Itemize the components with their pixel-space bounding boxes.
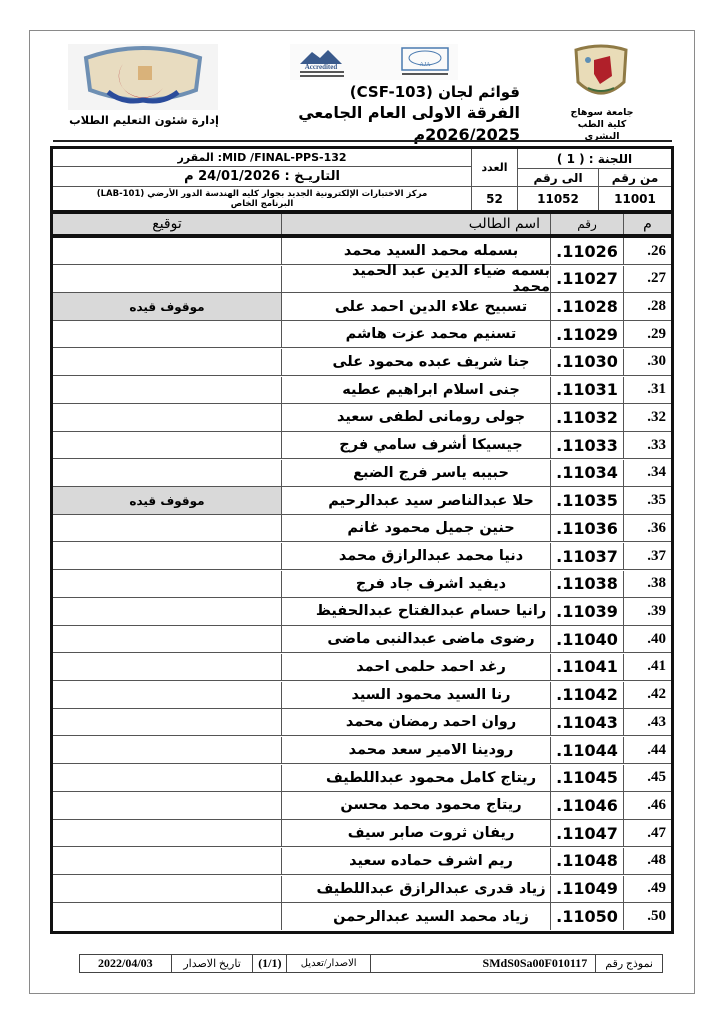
location-line-1: مركز الاختبارات الإلكترونية الجديد بجوار… (97, 189, 428, 199)
svg-text:AJA: AJA (419, 62, 431, 68)
header-id: رقم (550, 214, 623, 234)
table-row: .45.11045ريتاج كامل محمود عبداللطيف (53, 765, 671, 792)
signature-field[interactable] (53, 266, 281, 292)
student-id: .11046 (550, 792, 623, 818)
table-row: .37.11037دنيا محمد عبدالرازق محمد (53, 543, 671, 570)
serial-number: .45 (623, 765, 671, 791)
serial-number: .42 (623, 682, 671, 708)
exam-date: التاريـخ : 24/01/2026 م (53, 167, 471, 187)
table-row: .49.11049زياد قدرى عبدالرازق عبداللطيف (53, 876, 671, 903)
serial-number: .46 (623, 792, 671, 818)
version-label: الاصدار/تعديل (287, 955, 371, 972)
student-name: ديفيد اشرف جاد فرج (281, 571, 550, 597)
student-id: .11030 (550, 349, 623, 375)
signature-field[interactable] (53, 321, 281, 347)
exam-location: مركز الاختبارات الإلكترونية الجديد بجوار… (53, 187, 471, 210)
issue-date-label: تاريخ الاصدار (172, 955, 254, 972)
form-number-label: نموذج رقم (596, 955, 662, 972)
table-row: .38.11038ديفيد اشرف جاد فرج (53, 571, 671, 598)
serial-number: .27 (623, 266, 671, 292)
signature-field[interactable] (53, 598, 281, 624)
serial-number: .41 (623, 654, 671, 680)
location-line-2: البرنامج الخاص (231, 199, 293, 209)
table-row: .35.11035حلا عبدالناصر سيد عبدالرحيمموقو… (53, 487, 671, 514)
serial-number: .40 (623, 626, 671, 652)
table-row: .36.11036حنين جميل محمود غانم (53, 515, 671, 542)
student-name: حلا عبدالناصر سيد عبدالرحيم (281, 487, 550, 513)
student-name: رضوى ماضى عبدالنبى ماضى (281, 626, 550, 652)
table-row: .46.11046ريتاج محمود محمد محسن (53, 792, 671, 819)
students-table: م رقم اسم الطالب توقيع .26.11026بسمله مح… (50, 210, 674, 934)
header-divider (53, 140, 672, 142)
table-row: .42.11042رنا السيد محمود السيد (53, 682, 671, 709)
student-name: رنا السيد محمود السيد (281, 682, 550, 708)
course-code: MID /FINAL-PPS-132: المقرر (53, 149, 471, 167)
student-id: .11041 (550, 654, 623, 680)
table-row: .28.11028تسبيح علاء الدين احمد علىموقوف … (53, 293, 671, 320)
signature-field[interactable] (53, 460, 281, 486)
header-serial: م (623, 214, 671, 234)
signature-field[interactable] (53, 654, 281, 680)
student-name: رانيا حسام عبدالفتاح عبدالحفيظ (281, 598, 550, 624)
from-value: 11001 (598, 187, 671, 210)
student-name: رودينا الامير سعد محمد (281, 737, 550, 763)
signature-field[interactable] (53, 543, 281, 569)
form-number-value: SMdS0Sa00F010117 (371, 955, 596, 972)
signature-field[interactable] (53, 515, 281, 541)
serial-number: .26 (623, 238, 671, 264)
student-id: .11040 (550, 626, 623, 652)
count-label: العدد (471, 149, 518, 187)
signature-field[interactable] (53, 765, 281, 791)
issue-date-value: 2022/04/03 (80, 955, 172, 972)
student-name: رغد احمد حلمى احمد (281, 654, 550, 680)
serial-number: .39 (623, 598, 671, 624)
student-id: .11034 (550, 460, 623, 486)
serial-number: .48 (623, 848, 671, 874)
serial-number: .37 (623, 543, 671, 569)
table-row: .41.11041رغد احمد حلمى احمد (53, 654, 671, 681)
to-label: الى رقم (518, 169, 598, 187)
signature-field[interactable] (53, 571, 281, 597)
committee-label: اللجنة : ( 1 ) (518, 149, 671, 169)
serial-number: .38 (623, 571, 671, 597)
table-row: .27.11027بسمه ضياء الدين عبد الحميد محمد (53, 266, 671, 293)
student-id: .11029 (550, 321, 623, 347)
student-id: .11038 (550, 571, 623, 597)
student-name: بسمله محمد السيد محمد (281, 238, 550, 264)
student-name: زياد محمد السيد عبدالرحمن (281, 903, 550, 930)
table-row: .50.11050زياد محمد السيد عبدالرحمن (53, 903, 671, 930)
table-row: .44.11044رودينا الامير سعد محمد (53, 737, 671, 764)
signature-field[interactable] (53, 432, 281, 458)
student-id: .11031 (550, 377, 623, 403)
student-name: بسمه ضياء الدين عبد الحميد محمد (281, 266, 550, 292)
student-affairs-logo-icon (68, 44, 218, 110)
status-badge: موقوف قيده (53, 293, 281, 319)
table-row: .47.11047ريفان ثروت صابر سيف (53, 820, 671, 847)
serial-number: .31 (623, 377, 671, 403)
signature-field[interactable] (53, 238, 281, 264)
student-id: .11048 (550, 848, 623, 874)
student-name: روان احمد رمضان محمد (281, 709, 550, 735)
student-id: .11032 (550, 404, 623, 430)
student-name: ريفان ثروت صابر سيف (281, 820, 550, 846)
student-id: .11044 (550, 737, 623, 763)
title-block: قوائم لجان (CSF-103) الفرقة الاولى العام… (240, 82, 520, 146)
table-row: .31.11031جنى اسلام ابراهيم عطيه (53, 377, 671, 404)
signature-field[interactable] (53, 737, 281, 763)
student-name: جولى رومانى لطفى سعيد (281, 404, 550, 430)
table-row: .30.11030جنا شريف عبده محمود على (53, 349, 671, 376)
student-name: ريتاج محمود محمد محسن (281, 792, 550, 818)
version-value: (1/1) (253, 955, 287, 972)
student-name: دنيا محمد عبدالرازق محمد (281, 543, 550, 569)
table-row: .40.11040رضوى ماضى عبدالنبى ماضى (53, 626, 671, 653)
signature-field[interactable] (53, 792, 281, 818)
table-row: .48.11048ريم اشرف حماده سعيد (53, 848, 671, 875)
student-id: .11027 (550, 266, 623, 292)
student-id: .11028 (550, 293, 623, 319)
certification-logos-icon: Accredited AJA (290, 44, 458, 80)
student-id: .11039 (550, 598, 623, 624)
student-name: جيسيكا أشرف سامي فرج (281, 432, 550, 458)
table-row: .39.11039رانيا حسام عبدالفتاح عبدالحفيظ (53, 598, 671, 625)
student-id: .11035 (550, 487, 623, 513)
to-value: 11052 (518, 187, 598, 210)
student-id: .11050 (550, 903, 623, 930)
page-title: قوائم لجان (CSF-103) (240, 82, 520, 102)
table-header-row: م رقم اسم الطالب توقيع (53, 214, 671, 238)
student-id: .11033 (550, 432, 623, 458)
signature-field[interactable] (53, 709, 281, 735)
student-name: جنا شريف عبده محمود على (281, 349, 550, 375)
committee-info-table: اللجنة : ( 1 ) من رقم الى رقم 11001 1105… (50, 146, 674, 210)
from-label: من رقم (598, 169, 671, 187)
student-name: جنى اسلام ابراهيم عطيه (281, 377, 550, 403)
signature-field[interactable] (53, 820, 281, 846)
serial-number: .35 (623, 487, 671, 513)
serial-number: .33 (623, 432, 671, 458)
serial-number: .49 (623, 876, 671, 902)
signature-field[interactable] (53, 876, 281, 902)
student-name: تسبيح علاء الدين احمد على (281, 293, 550, 319)
student-id: .11036 (550, 515, 623, 541)
serial-number: .28 (623, 293, 671, 319)
serial-number: .36 (623, 515, 671, 541)
signature-field[interactable] (53, 848, 281, 874)
serial-number: .32 (623, 404, 671, 430)
student-id: .11047 (550, 820, 623, 846)
student-id: .11037 (550, 543, 623, 569)
student-name: حنين جميل محمود غانم (281, 515, 550, 541)
student-id: .11049 (550, 876, 623, 902)
sohag-university-logo-icon (570, 44, 632, 102)
student-name: حبيبه ياسر فرج الضبع (281, 460, 550, 486)
document-header: إدارة شئون التعليم الطلاب Accredited AJA… (0, 0, 724, 140)
serial-number: .29 (623, 321, 671, 347)
form-footer: 2022/04/03 تاريخ الاصدار (1/1) الاصدار/ت… (79, 954, 663, 973)
student-id: .11026 (550, 238, 623, 264)
header-student-name: اسم الطالب (281, 214, 550, 234)
student-id: .11043 (550, 709, 623, 735)
university-caption: جامعة سوهاج كلية الطب البشرى (560, 107, 644, 143)
student-name: تسنيم محمد عزت هاشم (281, 321, 550, 347)
signature-field[interactable] (53, 626, 281, 652)
serial-number: .30 (623, 349, 671, 375)
serial-number: .50 (623, 903, 671, 930)
table-row: .43.11043روان احمد رمضان محمد (53, 709, 671, 736)
signature-field[interactable] (53, 903, 281, 930)
status-badge: موقوف قيده (53, 487, 281, 513)
student-id: .11042 (550, 682, 623, 708)
table-row: .26.11026بسمله محمد السيد محمد (53, 238, 671, 265)
serial-number: .34 (623, 460, 671, 486)
student-name: زياد قدرى عبدالرازق عبداللطيف (281, 876, 550, 902)
serial-number: .43 (623, 709, 671, 735)
serial-number: .44 (623, 737, 671, 763)
header-signature: توقيع (53, 214, 281, 234)
table-row: .33.11033جيسيكا أشرف سامي فرج (53, 432, 671, 459)
table-row: .29.11029تسنيم محمد عزت هاشم (53, 321, 671, 348)
svg-text:Accredited: Accredited (305, 63, 338, 71)
count-value: 52 (471, 187, 518, 210)
student-name: ريتاج كامل محمود عبداللطيف (281, 765, 550, 791)
serial-number: .47 (623, 820, 671, 846)
signature-field[interactable] (53, 349, 281, 375)
signature-field[interactable] (53, 404, 281, 430)
table-row: .32.11032جولى رومانى لطفى سعيد (53, 404, 671, 431)
student-name: ريم اشرف حماده سعيد (281, 848, 550, 874)
signature-field[interactable] (53, 377, 281, 403)
table-body: .26.11026بسمله محمد السيد محمد.27.11027ب… (53, 238, 671, 931)
table-row: .34.11034حبيبه ياسر فرج الضبع (53, 460, 671, 487)
student-affairs-caption: إدارة شئون التعليم الطلاب (60, 113, 228, 127)
student-id: .11045 (550, 765, 623, 791)
university-name: جامعة سوهاج (560, 107, 644, 119)
signature-field[interactable] (53, 682, 281, 708)
